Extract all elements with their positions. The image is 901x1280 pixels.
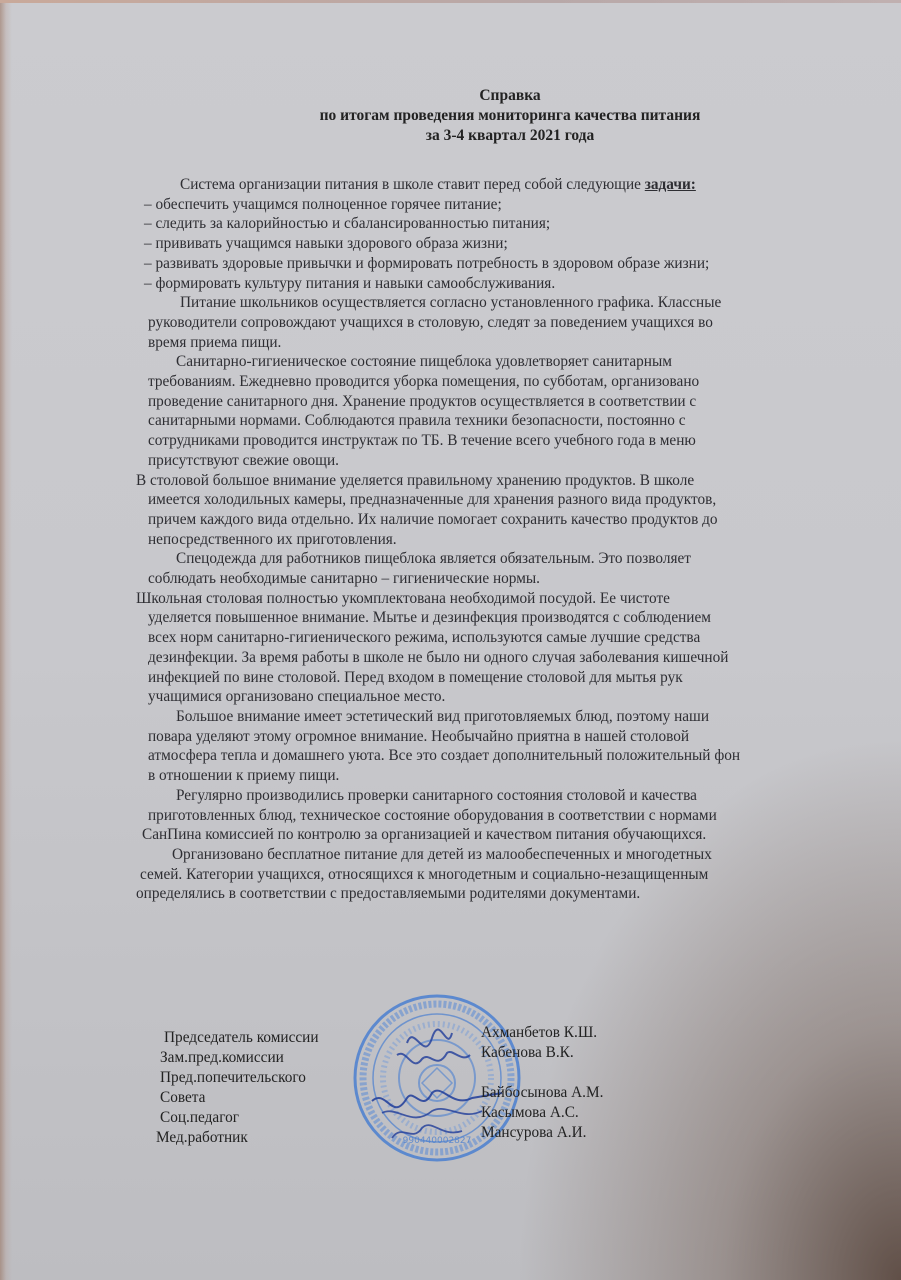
- paragraph-line: всех норм санитарно-гигиенического режим…: [136, 628, 828, 648]
- paragraph-line: определялись в соответствии с предоставл…: [136, 884, 828, 904]
- paragraph-line: атмосфера тепла и домашнего уюта. Все эт…: [148, 746, 828, 766]
- name-spacer: [481, 1063, 603, 1083]
- document-period: за 3-4 квартал 2021 года: [0, 126, 901, 146]
- document-title: Справка: [0, 86, 901, 106]
- paragraph-line: Большое внимание имеет эстетический вид …: [148, 707, 828, 727]
- paragraph-sanitary: Санитарно-гигиеническое состояние пищебл…: [148, 352, 828, 470]
- paragraph-schedule: Питание школьников осуществляется соглас…: [148, 293, 828, 352]
- name-medical-worker: Мансурова А.И.: [481, 1123, 603, 1143]
- paragraph-line: приготовленных блюд, техническое состоян…: [148, 806, 828, 826]
- paragraph-dishes: Школьная столовая полностью укомплектова…: [136, 589, 828, 707]
- task-item: – развивать здоровые привычки и формиров…: [144, 254, 828, 274]
- paragraph-aesthetics: Большое внимание имеет эстетический вид …: [148, 707, 828, 786]
- paragraph-line: Спецодежда для работников пищеблока явля…: [148, 549, 828, 569]
- role-social-pedagogue: Соц.педагог: [160, 1108, 319, 1128]
- intro-text: Система организации питания в школе став…: [180, 176, 645, 193]
- document-body: Система организации питания в школе став…: [148, 175, 828, 904]
- paper-top-edge: [0, 0, 901, 3]
- paragraph-line: требованиям. Ежедневно проводится уборка…: [148, 372, 828, 392]
- paragraph-line: санитарными нормами. Соблюдаются правила…: [148, 411, 828, 431]
- paragraph-line: дезинфекции. За время работы в школе не …: [136, 648, 828, 668]
- paragraph-line: инфекцией по вине столовой. Перед входом…: [136, 668, 828, 688]
- paragraph-line: руководители сопровождают учащихся в сто…: [148, 313, 828, 333]
- paragraph-line: в отношении к приему пищи.: [148, 766, 828, 786]
- intro-line: Система организации питания в школе став…: [148, 175, 828, 195]
- paragraph-storage: В столовой большое внимание уделяется пр…: [136, 471, 828, 550]
- paragraph-inspections: Регулярно производились проверки санитар…: [148, 786, 828, 845]
- paragraph-line: учащимися организовано специальное место…: [136, 687, 828, 707]
- role-medical-worker: Мед.работник: [156, 1128, 319, 1148]
- document-header: Справка по итогам проведения мониторинга…: [0, 86, 901, 146]
- role-board-chair: Пред.попечительского: [160, 1068, 319, 1088]
- paragraph-line: проведение санитарного дня. Хранение про…: [148, 392, 828, 412]
- svg-text:990440002827: 990440002827: [403, 1136, 472, 1146]
- task-item: – прививать учащимся навыки здорового об…: [144, 234, 828, 254]
- paragraph-line: имеется холодильных камеры, предназначен…: [136, 490, 828, 510]
- task-item: – следить за калорийностью и сбалансиров…: [144, 214, 828, 234]
- paragraph-line: СанПина комиссией по контролю за организ…: [142, 825, 828, 845]
- paragraph-line: причем каждого вида отдельно. Их наличие…: [136, 510, 828, 530]
- paragraph-line: уделяется повышенное внимание. Мытье и д…: [136, 608, 828, 628]
- paragraph-uniform: Спецодежда для работников пищеблока явля…: [148, 549, 828, 588]
- paragraph-line: соблюдать необходимые санитарно – гигиен…: [148, 569, 828, 589]
- paragraph-line: Организовано бесплатное питание для дете…: [136, 845, 828, 865]
- name-social-pedagogue: Касымова А.С.: [481, 1103, 603, 1123]
- task-item: – формировать культуру питания и навыки …: [144, 274, 828, 294]
- paragraph-line: время приема пищи.: [148, 333, 828, 353]
- name-deputy-chairman: Кабенова В.К.: [481, 1043, 603, 1063]
- paragraph-free-meals: Организовано бесплатное питание для дете…: [136, 845, 828, 904]
- paragraph-line: непосредственного их приготовления.: [136, 530, 828, 550]
- document-subtitle: по итогам проведения мониторинга качеств…: [0, 106, 901, 126]
- name-chairman: Ахманбетов К.Ш.: [481, 1023, 603, 1043]
- task-item: – обеспечить учащимся полноценное горяче…: [144, 195, 828, 215]
- role-deputy-chairman: Зам.пред.комиссии: [160, 1048, 319, 1068]
- paragraph-line: присутствуют свежие овощи.: [148, 451, 828, 471]
- paragraph-line: Питание школьников осуществляется соглас…: [148, 293, 828, 313]
- paragraph-line: семей. Категории учащихся, относящихся к…: [136, 865, 828, 885]
- signature-names: Ахманбетов К.Ш. Кабенова В.К. Байбосынов…: [481, 1023, 603, 1143]
- role-chairman: Председатель комиссии: [160, 1028, 319, 1048]
- paragraph-line: повара уделяют этому огромное внимание. …: [148, 727, 828, 747]
- paragraph-line: Санитарно-гигиеническое состояние пищебл…: [148, 352, 828, 372]
- paragraph-line: Регулярно производились проверки санитар…: [148, 786, 828, 806]
- paragraph-line: сотрудниками проводится инструктаж по ТБ…: [148, 431, 828, 451]
- name-board-chair: Байбосынова А.М.: [481, 1083, 603, 1103]
- paragraph-line: В столовой большое внимание уделяется пр…: [136, 471, 828, 491]
- signature-roles: Председатель комиссии Зам.пред.комиссии …: [160, 1028, 319, 1148]
- paragraph-line: Школьная столовая полностью укомплектова…: [136, 589, 828, 609]
- role-board-chair-cont: Совета: [160, 1088, 319, 1108]
- intro-emphasis: задачи:: [645, 176, 696, 193]
